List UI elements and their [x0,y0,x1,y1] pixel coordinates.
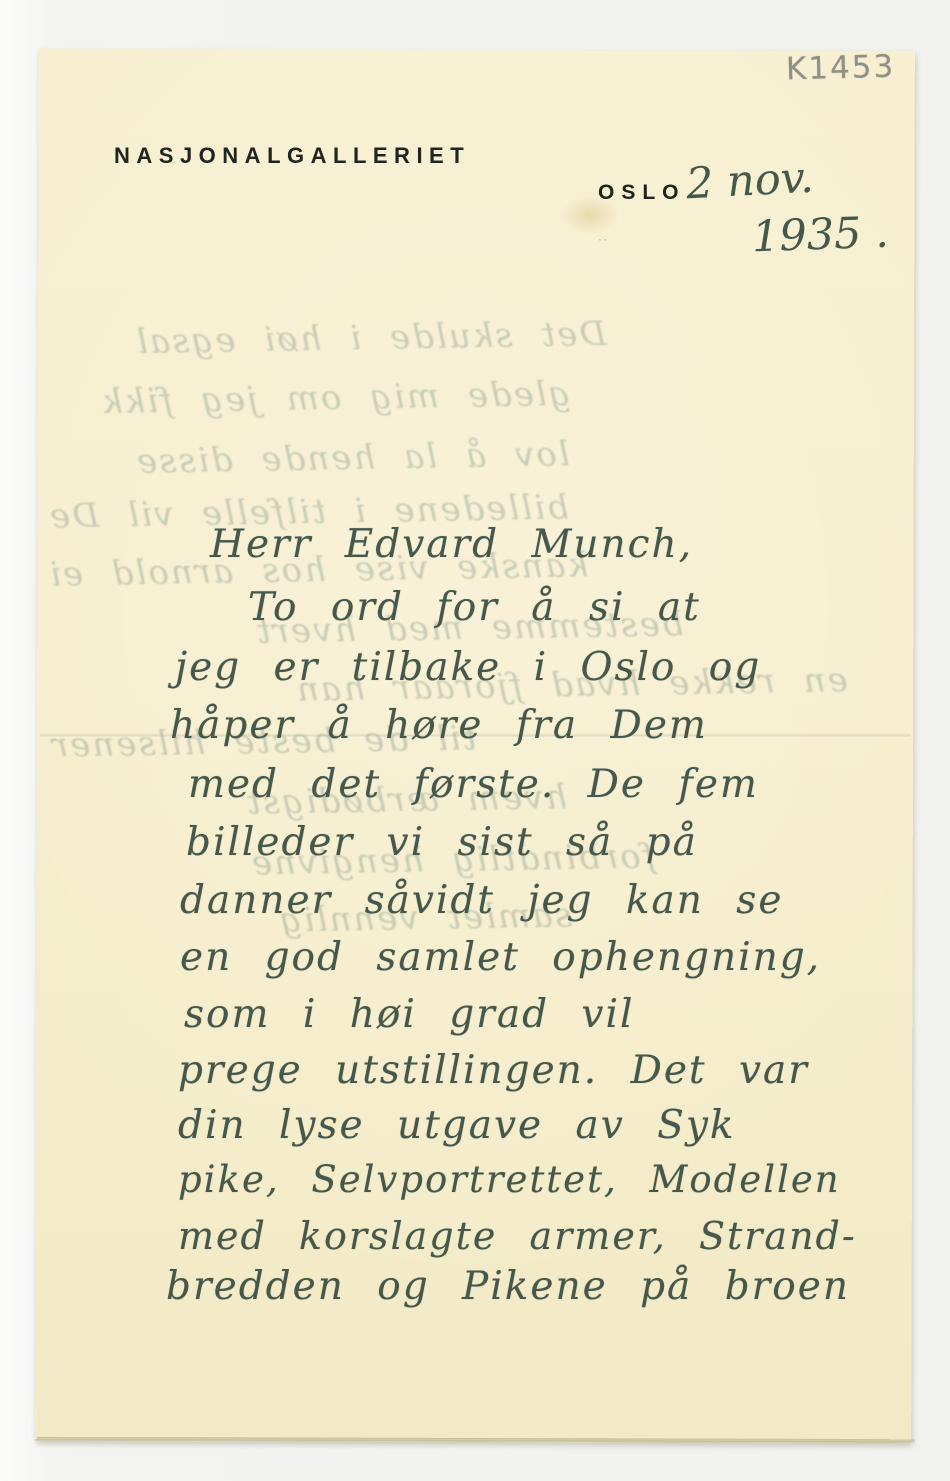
letterhead-institution: NASJONALGALLERIET [114,143,470,169]
ghost-line: Det skulde i høi egsal [135,314,607,362]
letter-line: din lyse utgave av Syk [178,1103,736,1148]
letter-line: jeg er tilbake i Oslo og [175,645,761,690]
letter-line: med det første. De fem [188,762,759,807]
letter-line: som i høi grad vil [184,992,634,1037]
letter-line: billeder vi sist så på [186,820,698,865]
letter-line: pike, Selvportrettet, Modellen [178,1158,841,1201]
pencil-dots: ·· [598,232,608,246]
ghost-line: lov å la hende disse [135,434,570,482]
archive-mark: K1453 [786,49,896,88]
letterhead-city: OSLO [598,181,686,205]
letter-line: med korslagte armer, Strand- [178,1214,857,1258]
scanned-letter-page: K1453 NASJONALGALLERIET OSLO 2 nov. 1935… [0,0,950,1481]
letter-line: en god samlet ophengning, [180,935,821,980]
letter-line: danner såvidt jeg kan se [180,878,783,923]
handwritten-date-year: 1935 . [751,208,889,263]
ghost-line: glede mig om jeg fikk [100,374,571,422]
letter-salutation: Herr Edvard Munch, [210,522,693,567]
letter-line: prege utstillingen. Det var [178,1048,809,1093]
letter-line: håper å høre fra Dem [170,703,708,748]
letter-line: bredden og Pikene på broen [166,1264,850,1309]
handwritten-date-day-month: 2 nov. [685,153,815,210]
letter-line: To ord for å si at [248,585,701,630]
